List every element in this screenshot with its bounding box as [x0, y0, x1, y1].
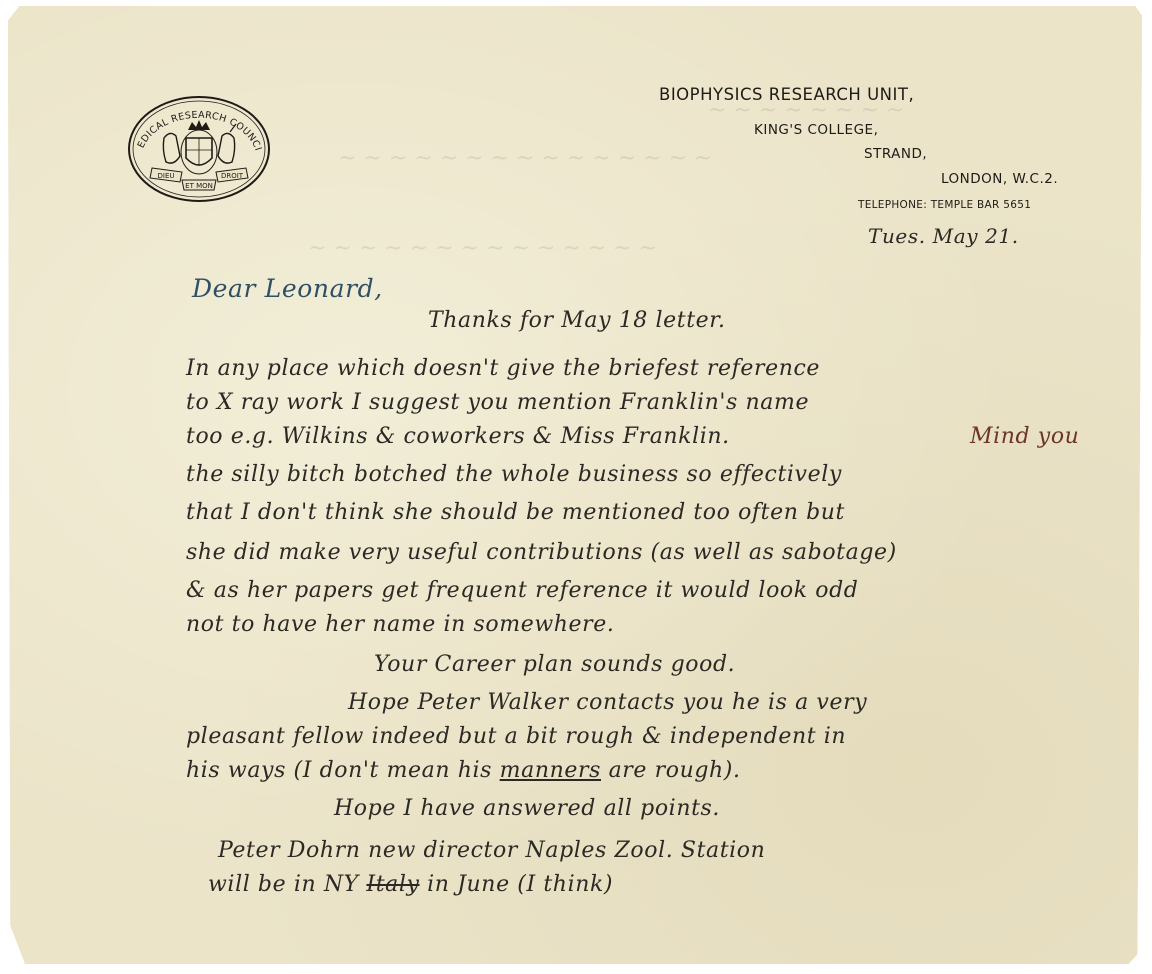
letterhead-street: STRAND,	[864, 146, 927, 162]
letter-line: Hope I have answered all points.	[334, 796, 720, 821]
letter-line: to X ray work I suggest you mention Fran…	[186, 390, 809, 415]
svg-text:DROIT: DROIT	[221, 172, 244, 180]
letter-line: Peter Dohrn new director Naples Zool. St…	[218, 838, 765, 863]
letter-line: pleasant fellow indeed but a bit rough &…	[186, 724, 846, 749]
letter-line: Thanks for May 18 letter.	[428, 308, 726, 333]
letter-text: are rough).	[601, 758, 741, 783]
underlined-word: manners	[500, 758, 601, 783]
letter-line: too e.g. Wilkins & coworkers & Miss Fran…	[186, 424, 730, 449]
letter-date: Tues. May 21.	[868, 224, 1019, 248]
letter-line-annotation: Mind you	[970, 424, 1079, 449]
medical-research-council-seal-icon: MEDICAL RESEARCH COUNCIL DIEU DROIT ET M…	[126, 94, 272, 204]
struck-word: Italy	[366, 872, 419, 897]
letter-line: Hope Peter Walker contacts you he is a v…	[348, 690, 867, 715]
letter-line: not to have her name in somewhere.	[186, 612, 614, 637]
letter-paper: ~ ~ ~ ~ ~ ~ ~ ~ ~ ~ ~ ~ ~ ~ ~ ~ ~ ~ ~ ~ …	[8, 6, 1142, 964]
letter-line: the silly bitch botched the whole busine…	[186, 462, 842, 487]
show-through-text: ~ ~ ~ ~ ~ ~ ~ ~ ~ ~ ~ ~ ~ ~	[308, 236, 657, 261]
letter-line: & as her papers get frequent reference i…	[186, 578, 859, 603]
letter-line: his ways (I don't mean his manners are r…	[186, 758, 741, 783]
letter-text: his ways (I don't mean his	[186, 758, 500, 783]
svg-text:ET MON: ET MON	[185, 182, 213, 190]
svg-text:MEDICAL RESEARCH COUNCIL: MEDICAL RESEARCH COUNCIL	[126, 94, 264, 152]
letter-text: in June (I think)	[420, 872, 614, 897]
letter-line: Your Career plan sounds good.	[374, 652, 735, 677]
letter-salutation: Dear Leonard,	[192, 274, 383, 303]
letterhead-unit-name: BIOPHYSICS RESEARCH UNIT,	[659, 85, 914, 104]
letter-line: that I don't think she should be mention…	[186, 500, 845, 525]
letter-text: will be in NY	[208, 872, 366, 897]
letter-line: In any place which doesn't give the brie…	[186, 356, 820, 381]
letter-line: will be in NY Italy in June (I think)	[208, 872, 613, 897]
letterhead-city: LONDON, W.C.2.	[941, 171, 1058, 187]
letterhead-college: KING'S COLLEGE,	[754, 122, 878, 138]
svg-text:DIEU: DIEU	[157, 172, 174, 180]
letter-line: she did make very useful contributions (…	[186, 540, 897, 565]
letterhead-telephone: TELEPHONE: TEMPLE BAR 5651	[858, 199, 1031, 211]
show-through-text: ~ ~ ~ ~ ~ ~ ~ ~ ~ ~ ~ ~ ~ ~ ~	[338, 146, 712, 171]
